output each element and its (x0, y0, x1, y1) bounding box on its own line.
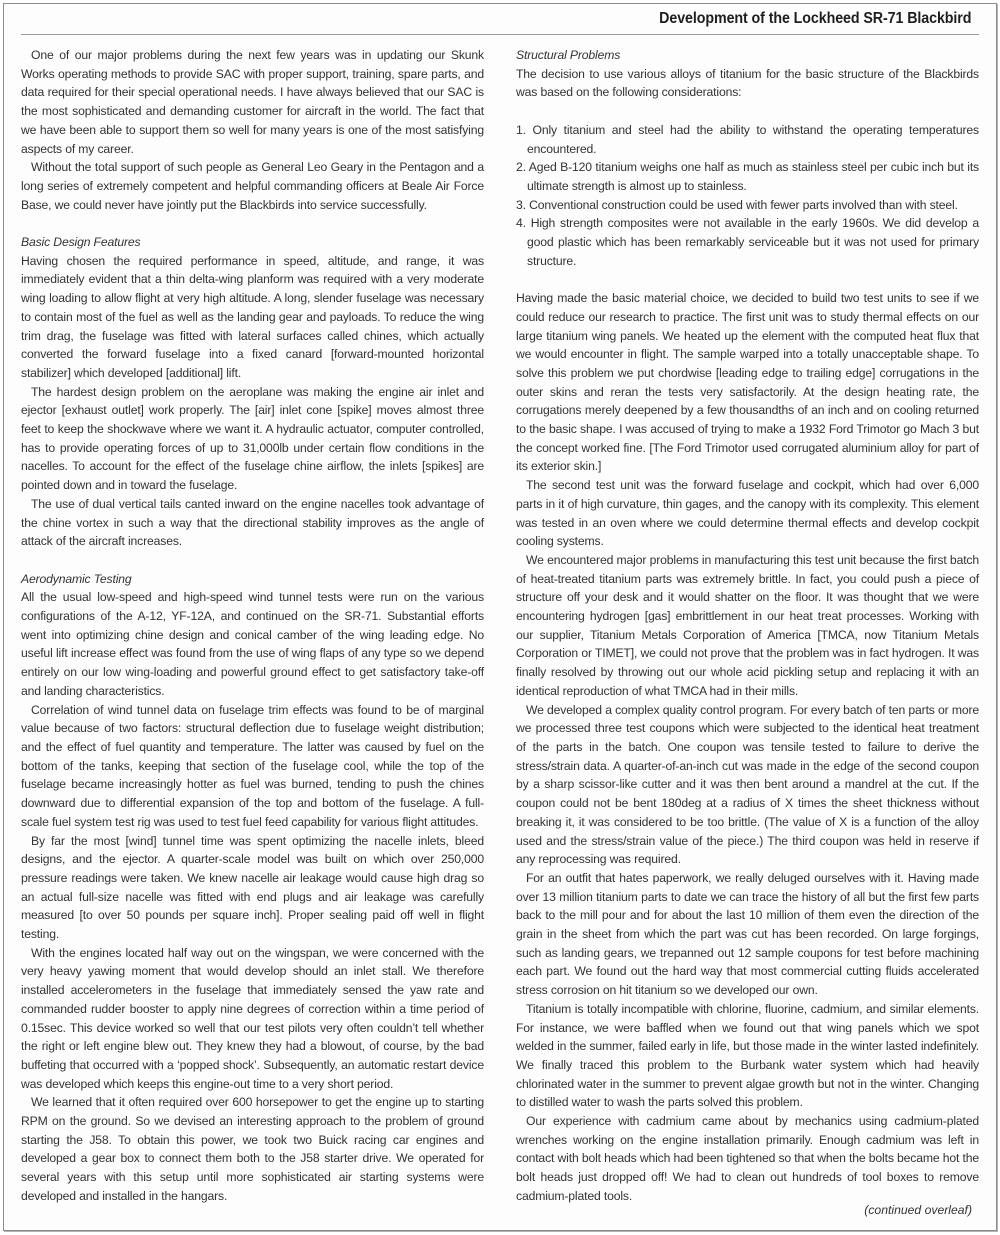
body-paragraph: We learned that it often required over 6… (21, 1093, 484, 1205)
body-paragraph: With the engines located half way out on… (21, 944, 484, 1094)
list-item: 1. Only titanium and steel had the abili… (516, 121, 979, 158)
intro-paragraph: Without the total support of such people… (21, 158, 484, 214)
body-paragraph: We developed a complex quality control p… (516, 701, 979, 869)
intro-paragraph: One of our major problems during the nex… (21, 46, 484, 158)
considerations-list: 1. Only titanium and steel had the abili… (516, 121, 979, 271)
body-paragraph: Having chosen the required performance i… (21, 252, 484, 383)
body-paragraph: Our experience with cadmium came about b… (516, 1112, 979, 1206)
body-paragraph: Titanium is totally incompatible with ch… (516, 1000, 979, 1112)
body-paragraph: For an outfit that hates paperwork, we r… (516, 869, 979, 1000)
spacer (516, 270, 979, 289)
body-paragraph: Correlation of wind tunnel data on fusel… (21, 701, 484, 832)
spacer (516, 102, 979, 121)
lead-paragraph: The decision to use various alloys of ti… (516, 65, 979, 102)
body-paragraph: Having made the basic material choice, w… (516, 289, 979, 476)
body-paragraph: The second test unit was the forward fus… (516, 476, 979, 551)
body-paragraph: The use of dual vertical tails canted in… (21, 495, 484, 551)
section-heading-aero-testing: Aerodynamic Testing (21, 570, 484, 589)
document-page: Development of the Lockheed SR-71 Blackb… (3, 3, 997, 1231)
body-paragraph: All the usual low-speed and high-speed w… (21, 588, 484, 700)
body-paragraph: By far the most [wind] tunnel time was s… (21, 832, 484, 944)
page-title: Development of the Lockheed SR-71 Blackb… (659, 10, 971, 28)
spacer (21, 551, 484, 570)
list-item: 4. High strength composites were not ava… (516, 214, 979, 270)
title-rule (21, 34, 979, 35)
section-heading-basic-design: Basic Design Features (21, 233, 484, 252)
left-column: One of our major problems during the nex… (21, 46, 484, 1206)
continued-note: (continued overleaf) (864, 1203, 972, 1217)
section-heading-structural: Structural Problems (516, 46, 979, 65)
body-paragraph: The hardest design problem on the aeropl… (21, 383, 484, 495)
list-item: 3. Conventional construction could be us… (516, 196, 979, 215)
body-paragraph: We encountered major problems in manufac… (516, 551, 979, 701)
list-item: 2. Aged B-120 titanium weighs one half a… (516, 158, 979, 195)
spacer (21, 214, 484, 233)
right-column: Structural Problems The decision to use … (516, 46, 979, 1206)
